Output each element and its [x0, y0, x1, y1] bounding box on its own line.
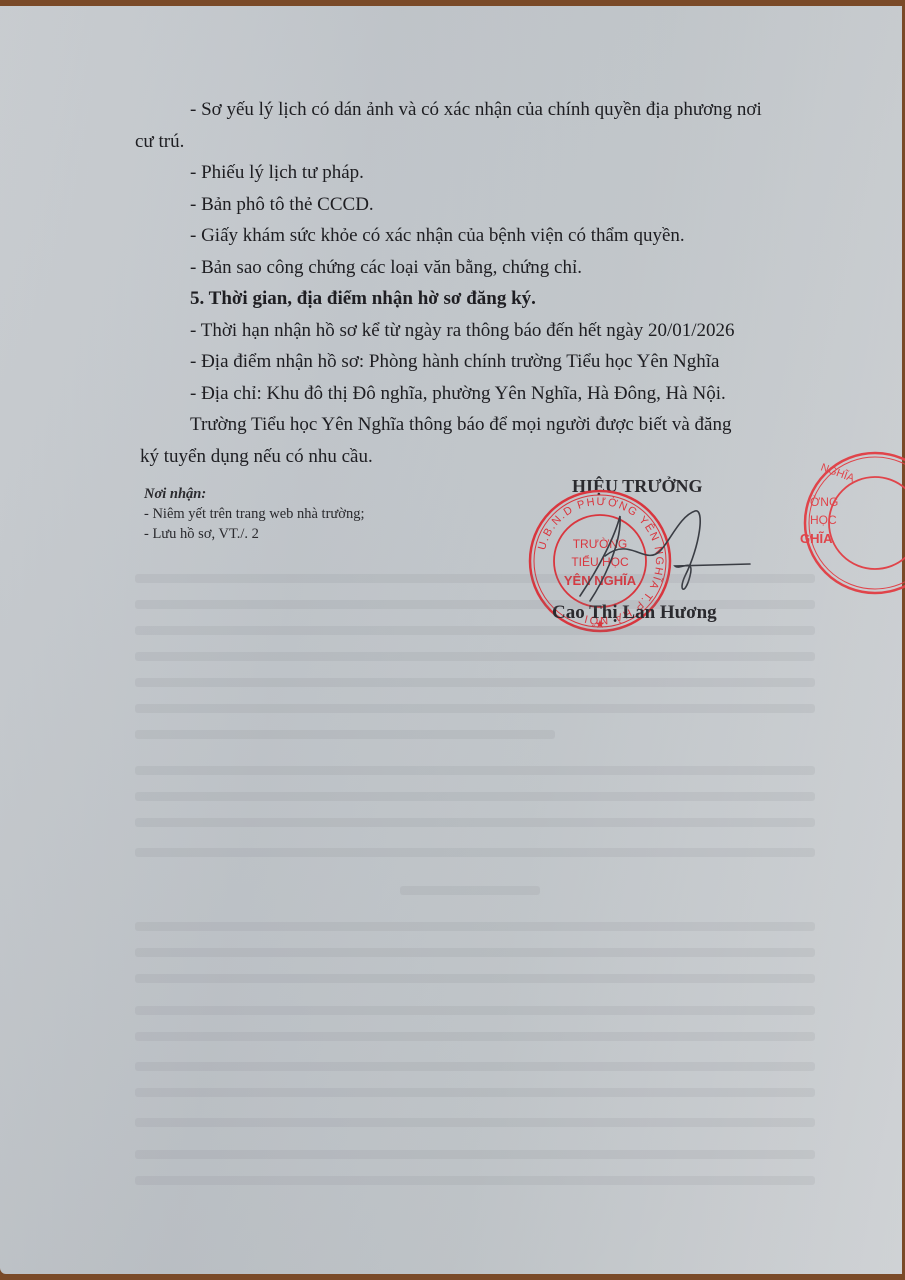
closing-line: Trường Tiểu học Yên Nghĩa thông báo để m…: [135, 409, 762, 441]
section-item: - Địa chỉ: Khu đô thị Đô nghĩa, phường Y…: [135, 378, 762, 410]
recipients-block: Nơi nhận: - Niêm yết trên trang web nhà …: [144, 484, 364, 544]
document-body: - Sơ yếu lý lịch có dán ảnh và có xác nh…: [135, 94, 762, 472]
svg-text:GHĨA: GHĨA: [800, 531, 833, 546]
requirement-line: - Sơ yếu lý lịch có dán ảnh và có xác nh…: [135, 94, 762, 126]
requirement-line: - Giấy khám sức khỏe có xác nhận của bện…: [135, 220, 762, 252]
requirement-line: - Bản sao công chứng các loại văn bằng, …: [135, 252, 762, 284]
closing-line: ký tuyển dụng nếu có nhu cầu.: [135, 441, 762, 473]
recipient-item: - Lưu hồ sơ, VT./. 2: [144, 524, 364, 544]
section-heading: 5. Thời gian, địa điểm nhận hờ sơ đăng k…: [135, 283, 762, 315]
section-item: - Địa điểm nhận hồ sơ: Phòng hành chính …: [135, 346, 762, 378]
requirement-line: cư trú.: [135, 126, 762, 158]
recipients-title: Nơi nhận:: [144, 484, 364, 504]
requirement-line: - Bản phô tô thẻ CCCD.: [135, 189, 762, 221]
requirement-line: - Phiếu lý lịch tư pháp.: [135, 157, 762, 189]
signature-icon: [560, 496, 760, 606]
document-page: - Sơ yếu lý lịch có dán ảnh và có xác nh…: [0, 6, 902, 1274]
svg-text:ỜNG: ỜNG: [810, 494, 838, 509]
svg-text:HỌC: HỌC: [810, 513, 837, 527]
section-item: - Thời hạn nhận hồ sơ kể từ ngày ra thôn…: [135, 315, 762, 347]
recipient-item: - Niêm yết trên trang web nhà trường;: [144, 504, 364, 524]
